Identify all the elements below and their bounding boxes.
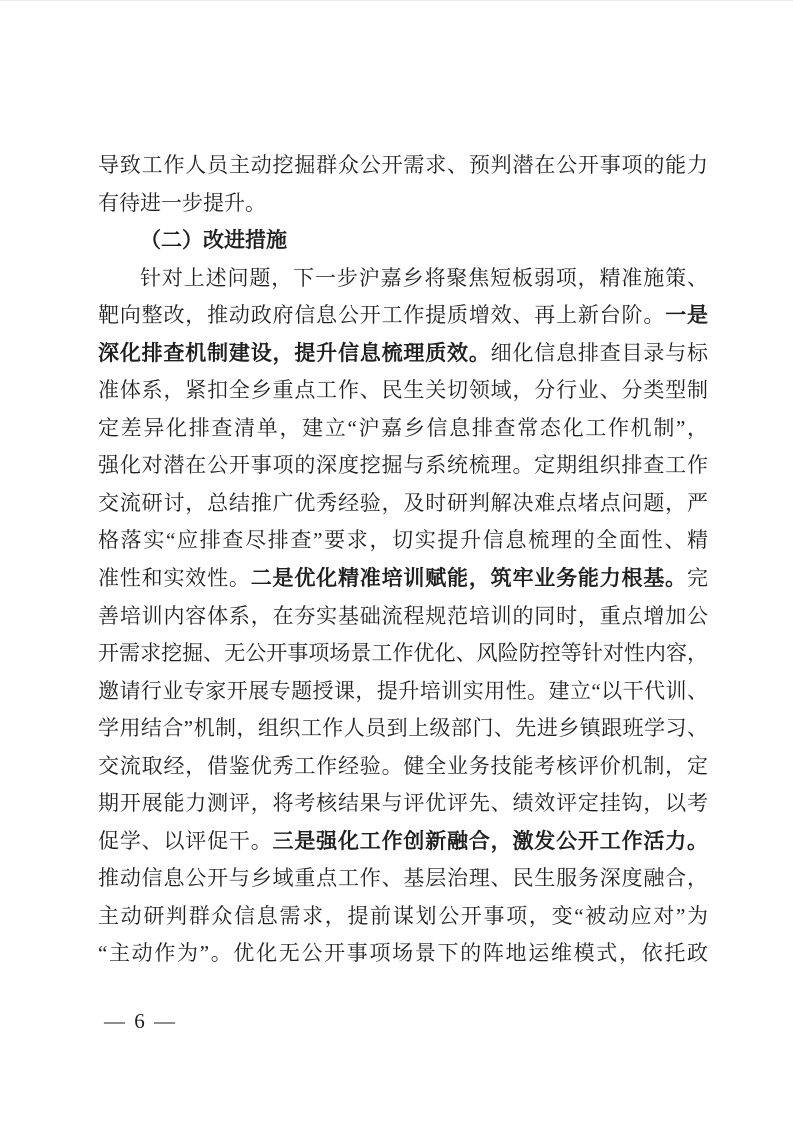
text-line: 推动信息公开与乡域重点工作、基层治理、民生服务深度融合，	[98, 860, 708, 898]
body-text-segment: 完	[687, 566, 708, 590]
body-text-segment: 主动研判群众信息需求，提前谋划公开事项，变“被动应对”为	[98, 904, 708, 928]
text-line: 格落实“应排查尽排查”要求，切实提升信息梳理的全面性、精	[98, 522, 708, 560]
text-line: 开需求挖掘、无公开事项场景工作优化、风险防控等针对性内容，	[98, 635, 708, 673]
text-line: 准性和实效性。二是优化精准培训赋能，筑牢业务能力根基。完	[98, 560, 708, 598]
text-line: 邀请行业专家开展专题授课，提升培训实用性。建立“以干代训、	[98, 673, 708, 711]
body-text-segment: 开需求挖掘、无公开事项场景工作优化、风险防控等针对性内容，	[98, 641, 708, 665]
text-line: 交流研讨，总结推广优秀经验，及时研判解决难点堵点问题，严	[98, 485, 708, 523]
body-text: 导致工作人员主动挖掘群众公开需求、预判潜在公开事项的能力有待进一步提升。（二）改…	[98, 147, 708, 973]
body-text-segment: 强化对潜在公开事项的深度挖掘与系统梳理。定期组织排查工作	[98, 453, 708, 477]
document-page: 导致工作人员主动挖掘群众公开需求、预判潜在公开事项的能力有待进一步提升。（二）改…	[0, 0, 793, 1123]
body-text-segment: 学用结合”机制，组织工作人员到上级部门、先进乡镇跟班学习、	[98, 716, 708, 740]
text-line: 促学、以评促干。三是强化工作创新融合，激发公开工作活力。	[98, 823, 708, 861]
body-text-segment: 准性和实效性。	[98, 566, 251, 590]
text-line: 学用结合”机制，组织工作人员到上级部门、先进乡镇跟班学习、	[98, 710, 708, 748]
emphasis-text: 三是强化工作创新融合，激发公开工作活力。	[273, 829, 708, 853]
text-line: 深化排查机制建设，提升信息梳理质效。细化信息排查目录与标	[98, 335, 708, 373]
text-line: 准体系，紧扣全乡重点工作、民生关切领域，分行业、分类型制	[98, 372, 708, 410]
text-line: 靶向整改，推动政府信息公开工作提质增效、再上新台阶。一是	[98, 297, 708, 335]
body-text-segment: 定差异化排查清单，建立“沪嘉乡信息排查常态化工作机制”，	[98, 416, 708, 440]
body-text-segment: 格落实“应排查尽排查”要求，切实提升信息梳理的全面性、精	[98, 528, 708, 552]
text-line: 导致工作人员主动挖掘群众公开需求、预判潜在公开事项的能力	[98, 147, 708, 185]
text-line: 定差异化排查清单，建立“沪嘉乡信息排查常态化工作机制”，	[98, 410, 708, 448]
text-line: “主动作为”。优化无公开事项场景下的阵地运维模式，依托政	[98, 935, 708, 973]
body-text-segment: 促学、以评促干。	[98, 829, 273, 853]
body-text-segment: 细化信息排查目录与标	[491, 341, 708, 365]
page-number: — 6 —	[104, 1006, 177, 1036]
body-text-segment: 靶向整改，推动政府信息公开工作提质增效、再上新台阶。	[98, 303, 665, 327]
text-line: 有待进一步提升。	[98, 185, 708, 223]
text-line: 交流取经，借鉴优秀工作经验。健全业务技能考核评价机制，定	[98, 748, 708, 786]
emphasis-text: 二是优化精准培训赋能，筑牢业务能力根基。	[251, 566, 687, 590]
text-line: 强化对潜在公开事项的深度挖掘与系统梳理。定期组织排查工作	[98, 447, 708, 485]
text-line: 主动研判群众信息需求，提前谋划公开事项，变“被动应对”为	[98, 898, 708, 936]
body-text-segment: 邀请行业专家开展专题授课，提升培训实用性。建立“以干代训、	[98, 679, 708, 703]
body-text-segment: 准体系，紧扣全乡重点工作、民生关切领域，分行业、分类型制	[98, 378, 708, 402]
body-text-segment: 交流研讨，总结推广优秀经验，及时研判解决难点堵点问题，严	[98, 491, 708, 515]
body-text-segment: 推动信息公开与乡域重点工作、基层治理、民生服务深度融合，	[98, 866, 708, 890]
emphasis-text: 一是	[665, 303, 708, 327]
text-line: 期开展能力测评，将考核结果与评优评先、绩效评定挂钩，以考	[98, 785, 708, 823]
body-text-segment: 交流取经，借鉴优秀工作经验。健全业务技能考核评价机制，定	[98, 754, 708, 778]
body-text-segment: 导致工作人员主动挖掘群众公开需求、预判潜在公开事项的能力	[98, 153, 708, 177]
text-line: 善培训内容体系，在夯实基础流程规范培训的同时，重点增加公	[98, 598, 708, 636]
section-heading-text: （二）改进措施	[140, 228, 287, 252]
body-text-segment: 善培训内容体系，在夯实基础流程规范培训的同时，重点增加公	[98, 604, 708, 628]
emphasis-text: 深化排查机制建设，提升信息梳理质效。	[98, 341, 491, 365]
body-text-segment: 针对上述问题，下一步沪嘉乡将聚焦短板弱项，精准施策、	[140, 266, 708, 290]
section-heading-line: （二）改进措施	[98, 222, 708, 260]
body-text-segment: “主动作为”。优化无公开事项场景下的阵地运维模式，依托政	[98, 941, 708, 965]
text-line: 针对上述问题，下一步沪嘉乡将聚焦短板弱项，精准施策、	[98, 260, 708, 298]
body-text-segment: 期开展能力测评，将考核结果与评优评先、绩效评定挂钩，以考	[98, 791, 708, 815]
body-text-segment: 有待进一步提升。	[98, 191, 266, 215]
